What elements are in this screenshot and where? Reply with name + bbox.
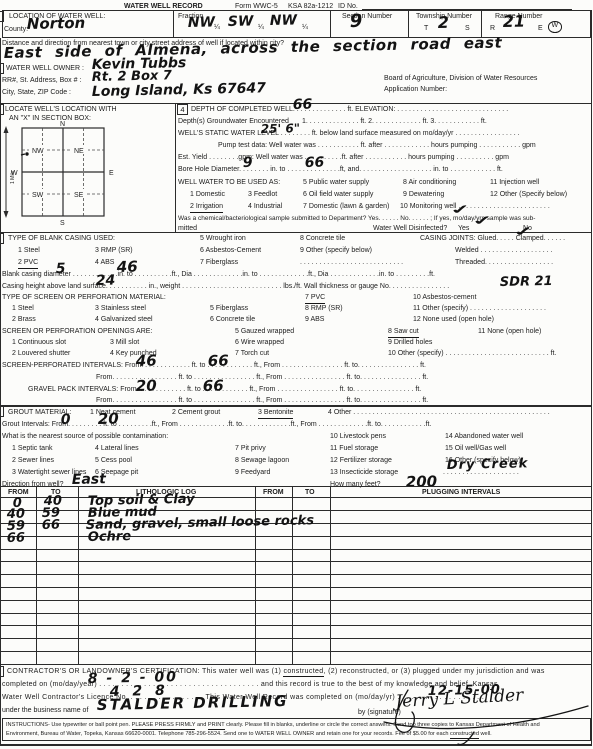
grout-item-3-selected: 3 Bentonite (258, 409, 293, 419)
contam-item-2: 2 Sewer lines (12, 457, 54, 465)
welded-line: Welded . . . . . . . . . . . . . . . . .… (455, 247, 553, 255)
opening-item-9: 9 Drilled holes (388, 339, 432, 347)
opening-item-1: 1 Continuous slot (12, 339, 66, 347)
screen-item-11: 11 Other (specify) . . . . . . . . . . .… (413, 305, 546, 313)
screen-item-6: 6 Concrete tile (210, 316, 255, 324)
contam-item-1: 1 Septic tank (12, 445, 52, 453)
casing-diameter-value: 5 (56, 261, 66, 277)
mile-arrow-down (4, 211, 9, 218)
table-top-line (0, 486, 592, 487)
divider (175, 103, 176, 232)
casing-height-line: Casing height above land surface. . . . … (2, 283, 449, 291)
opening-item-7: 7 Torch cut (235, 350, 269, 358)
board-of-agriculture-label: Board of Agriculture, Division of Water … (384, 75, 537, 83)
casing-item-9: 9 Other (specify below) (300, 247, 372, 255)
range-e: E (538, 25, 543, 33)
opening-item-5: 5 Gauzed wrapped (235, 328, 294, 336)
fraction-value-1: NW (188, 14, 216, 31)
table-row-line (0, 549, 592, 550)
quadrant-ne-label: NE (74, 148, 84, 155)
use-item-6: 6 Oil field water supply (303, 191, 373, 199)
casing-item-4: 4 ABS (95, 259, 114, 267)
fraction-value-2: SW (228, 13, 254, 30)
township-t: T (424, 25, 428, 33)
locate-label-line1: LOCATE WELL'S LOCATION WITH (5, 106, 117, 114)
section7-numbox-partial (0, 666, 4, 677)
casing-item-6: 6 Asbestos-Cement (200, 247, 261, 255)
casing-item-5: 5 Wrought iron (200, 235, 246, 243)
use-title: WELL WATER TO BE USED AS: (178, 179, 280, 187)
screen-item-4: 4 Galvanized steel (95, 316, 153, 324)
divider (0, 232, 592, 233)
water-well-record-form: WATER WELL RECORD Form WWC-5 KSA 82a-121… (0, 0, 593, 749)
fraction-value-3: NW (270, 12, 298, 29)
application-number-label: Application Number: (384, 86, 447, 94)
range-w-circled: W (548, 21, 562, 33)
use-item-11: 11 Injection well (490, 179, 539, 187)
casing-other-blank: . . . . . . . . . . . . . . . . . . . . … (300, 259, 403, 267)
use-item-9: 9 Dewatering (403, 191, 444, 199)
table-header-to2: TO (305, 489, 315, 497)
gauge-value: SDR 21 (500, 274, 553, 290)
screen-item-10: 10 Asbestos-cement (413, 294, 476, 302)
opening-item-3: 3 Mill slot (110, 339, 139, 347)
print-underlined: PRINT (208, 722, 225, 730)
owner-city: Long Island, Ks 67647 (92, 80, 266, 100)
township-s: S (465, 25, 470, 33)
table-row-line (0, 600, 592, 601)
contam-item-11: 11 Fuel storage (330, 445, 378, 453)
contam-item-13: 13 Insecticide storage (330, 469, 398, 477)
groundwater-blanks: 1. . . . . . . . . . . . . . ft. 2. . . … (302, 118, 487, 126)
press-firmly-underlined: PLEASE PRESS FIRMLY (132, 722, 196, 730)
county-value: Norton (27, 14, 86, 33)
cert-line1-post: , (2) reconstructed, or (3) plugged unde… (324, 668, 545, 675)
gravel-intervals-line: GRAVEL PACK INTERVALS: From. . . . . . .… (28, 386, 421, 394)
openings-title: SCREEN OR PERFORATION OPENINGS ARE: (2, 328, 152, 336)
quarter-symbol: ¼ (214, 24, 220, 32)
opening-item-11: 11 None (open hole) (478, 328, 541, 336)
casing-item-8: 8 Concrete tile (300, 235, 345, 243)
gravel-intervals-cont: From. . . . . . . . . . . . . . . . . ft… (96, 397, 428, 405)
opening-item-6: 6 Wire wrapped (235, 339, 284, 347)
static-water-level-value: 25' 6" (261, 121, 300, 136)
sample-question-cont: mitted (178, 225, 197, 233)
bore-diameter-value: 9 (243, 155, 253, 171)
grout-item-2: 2 Cement grout (172, 409, 220, 417)
owner-address-label: RR#, St. Address, Box # : (2, 77, 81, 85)
use-item-2-selected: 2 Irrigation (190, 203, 223, 213)
north-label: N (60, 121, 65, 128)
casing-joints-line: CASING JOINTS: Glued. . . . . Clamped. .… (420, 235, 565, 243)
use-item-8: 8 Air conditioning (403, 179, 456, 187)
quadrant-nw-label: NW (32, 148, 44, 155)
screen-item-1: 1 Steel (12, 305, 34, 313)
bore-hole-line: Bore Hole Diameter. . . . . . . . in. to… (178, 166, 503, 174)
section3-numbox-partial (0, 104, 4, 115)
casing-title: TYPE OF BLANK CASING USED: (8, 235, 115, 243)
table-row-line (0, 574, 592, 575)
owner-city-label: City, State, ZIP Code : (2, 89, 71, 97)
quarter-symbol: ¼ (302, 24, 308, 32)
opening-item-10: 10 Other (specify) . . . . . . . . . . .… (388, 350, 556, 358)
section6-numbox-partial (0, 406, 4, 417)
screen-title: TYPE OF SCREEN OR PERFORATION MATERIAL: (2, 294, 166, 302)
casing-item-3: 3 RMP (SR) (95, 247, 133, 255)
screen-item-7-selected: 7 PVC (305, 294, 325, 304)
divider (0, 664, 592, 665)
contam-item-8: 8 Sewage lagoon (235, 457, 289, 465)
contam-item-9: 9 Feedyard (235, 469, 270, 477)
divider (408, 10, 409, 38)
business-name-label: under the business name of (2, 707, 88, 715)
range-value: 21 (503, 12, 526, 31)
screen-interval-from: 46 (136, 352, 157, 370)
pump-test-line: Pump test data: Well water was . . . . .… (218, 142, 536, 150)
quadrant-se-label: SE (74, 192, 84, 199)
screen-item-9: 9 ABS (305, 316, 324, 324)
grout-interval-to: 20 (98, 410, 119, 428)
log-row-from: 66 (7, 531, 25, 546)
section-number-value: 9 (350, 11, 363, 32)
use-item-5: 5 Public water supply (303, 179, 369, 187)
grout-item-4: 4 Other . . . . . . . . . . . . . . . . … (328, 409, 550, 417)
glued-checkmark: ✓ (512, 226, 536, 237)
casing-item-1: 1 Steel (18, 247, 40, 255)
log-row-desc: Ochre (88, 529, 132, 545)
table-row-line (0, 651, 592, 652)
feet-label: How many feet? (330, 481, 381, 489)
contam-item-14: 14 Abandoned water well (445, 433, 523, 441)
casing-item-2-selected: 2 PVC (18, 259, 38, 269)
casing-height-value: 24 (96, 273, 116, 289)
table-row-line (0, 587, 592, 588)
gravel-interval-to: 66 (203, 377, 224, 395)
section-box-diagram: NW NE SW SE N S W E 1 Mile (2, 120, 174, 232)
section5-numbox-partial (0, 233, 4, 244)
disinfected-yes-checkmark: ✓ (471, 215, 495, 226)
static-water-level-line: WELL'S STATIC WATER LEVEL . . . . . . . … (178, 130, 520, 138)
quarter-symbol: ¼ (258, 24, 264, 32)
use-item-1: 1 Domestic (190, 191, 225, 199)
contam-item-10: 10 Livestock pens (330, 433, 386, 441)
divider (330, 10, 331, 38)
use-item-12: 12 Other (Specify below) (490, 191, 567, 199)
depth-value: 66 (293, 97, 313, 113)
table-row-line (0, 625, 592, 626)
opening-item-8-selected: 8 Saw cut (388, 328, 419, 338)
east-label: E (109, 170, 114, 177)
table-header-from2: FROM (263, 489, 284, 497)
sample-no-checkmark: ✓ (449, 204, 473, 215)
contam-other-value: Dry Creek (447, 456, 529, 473)
range-r: R (490, 25, 495, 33)
gravel-interval-from: 20 (136, 377, 157, 395)
grout-interval-from: 0 (61, 412, 71, 428)
quadrant-sw-label: SW (32, 192, 44, 199)
screen-interval-to: 66 (208, 352, 229, 370)
casing-diameter-line: Blank casing diameter . . . . . . . . . … (2, 271, 435, 279)
screen-item-5: 5 Fiberglass (210, 305, 248, 313)
cert-constructed-underlined: constructed (283, 668, 323, 677)
one-mile-label: 1 Mile (10, 170, 16, 184)
disinfected-yes-label: Yes (458, 225, 469, 233)
divider (173, 10, 174, 38)
owner-label: WATER WELL OWNER : (6, 65, 84, 73)
contam-item-4: 4 Lateral lines (95, 445, 139, 453)
instructions-text: and (195, 722, 207, 728)
table-row-line (0, 613, 592, 614)
use-item-3: 3 Feedlot (248, 191, 277, 199)
screen-item-2: 2 Brass (12, 316, 36, 324)
contamination-title: What is the nearest source of possible c… (2, 433, 168, 441)
contam-item-5: 5 Cess pool (95, 457, 132, 465)
business-name-value: STALDER DRILLING (97, 692, 289, 714)
table-header-plugging: PLUGGING INTERVALS (422, 489, 500, 497)
casing-item-7: 7 Fiberglass (200, 259, 238, 267)
contam-item-15: 15 Oil well/Gas well (445, 445, 506, 453)
right-border (591, 10, 592, 744)
south-label: S (60, 220, 65, 227)
log-row-to: 66 (42, 518, 60, 533)
threaded-line: Threaded. . . . . . . . . . . . . . . . … (455, 259, 553, 267)
screen-item-3: 3 Stainless steel (95, 305, 146, 313)
disinfected-label: Water Well Disinfected? (373, 225, 447, 233)
opening-item-2: 2 Louvered shutter (12, 350, 70, 358)
table-row-line (0, 638, 592, 639)
table-row-line (0, 561, 592, 562)
screen-item-12: 12 None used (open hole) (413, 316, 494, 324)
bore-depth-value: 66 (305, 155, 325, 171)
est-yield-line: Est. Yield . . . . . . . .gpm: Well wate… (178, 154, 509, 162)
section1-numbox-partial (0, 11, 4, 22)
direction-label: Direction from well? (2, 481, 63, 489)
use-item-10: 10 Monitoring well . . . . . . . . . . .… (400, 203, 550, 211)
divider (0, 405, 592, 407)
contam-item-12: 12 Fertilizer storage (330, 457, 392, 465)
township-value: 2 (438, 13, 450, 32)
depth-line: DEPTH OF COMPLETED WELL. . . . . . . . .… (191, 106, 508, 114)
well-location-mark (25, 152, 28, 155)
section4-numbox: 4 (177, 104, 188, 115)
section2-numbox-partial (0, 63, 4, 74)
mile-arrow-up (4, 126, 9, 133)
use-item-7: 7 Domestic (lawn & garden) (303, 203, 389, 211)
instructions-text: INSTRUCTIONS- Use typewriter or ball poi… (6, 722, 132, 728)
use-item-4: 4 Industrial (248, 203, 282, 211)
contam-item-7: 7 Pit privy (235, 445, 266, 453)
county-label: County: (4, 26, 28, 34)
screen-item-8: 8 RMP (SR) (305, 305, 343, 313)
casing-depth-value: 46 (117, 258, 138, 276)
